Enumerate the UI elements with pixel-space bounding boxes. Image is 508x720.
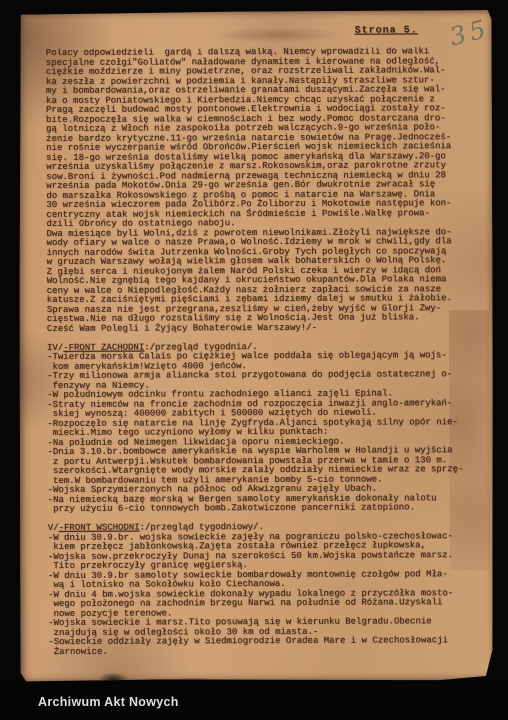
- text-line: Żarnowice.: [48, 646, 480, 657]
- scanned-document-page: Strona 5. 35 Polacy odpowiedzieli gardą …: [18, 10, 495, 682]
- document-section: IV/-FRONT ZACHODNI:/przegląd tygodnia/.-…: [47, 342, 480, 515]
- text-line: -Sowieckie oddziały zajęły w Siedmiogrod…: [48, 636, 480, 647]
- document-paragraph: Dwa miesiące byli Wolni,dziś z powrotem …: [46, 228, 478, 334]
- document-text: Polacy odpowiedzieli gardą i dalszą walk…: [46, 47, 481, 657]
- text-line: Cześć Wam Polegli i Żyjący Bohaterowie W…: [47, 323, 479, 334]
- paper-smudge: [213, 27, 343, 44]
- archive-name-label: Archiwum Akt Nowych: [38, 695, 179, 709]
- document-paragraph: Polacy odpowiedzieli gardą i dalszą walk…: [46, 47, 479, 229]
- page-number-label: Strona 5.: [355, 25, 418, 36]
- archive-footer-bar: Archiwum Akt Nowych: [0, 682, 508, 720]
- text-line: przy użyciu 6-cio tonnowych bomb.Zakotwi…: [48, 503, 480, 514]
- document-section: V/-FRONT WSCHODNI:/przegląd tygodniowy/.…: [48, 522, 481, 657]
- handwritten-archive-number: 35: [447, 14, 493, 52]
